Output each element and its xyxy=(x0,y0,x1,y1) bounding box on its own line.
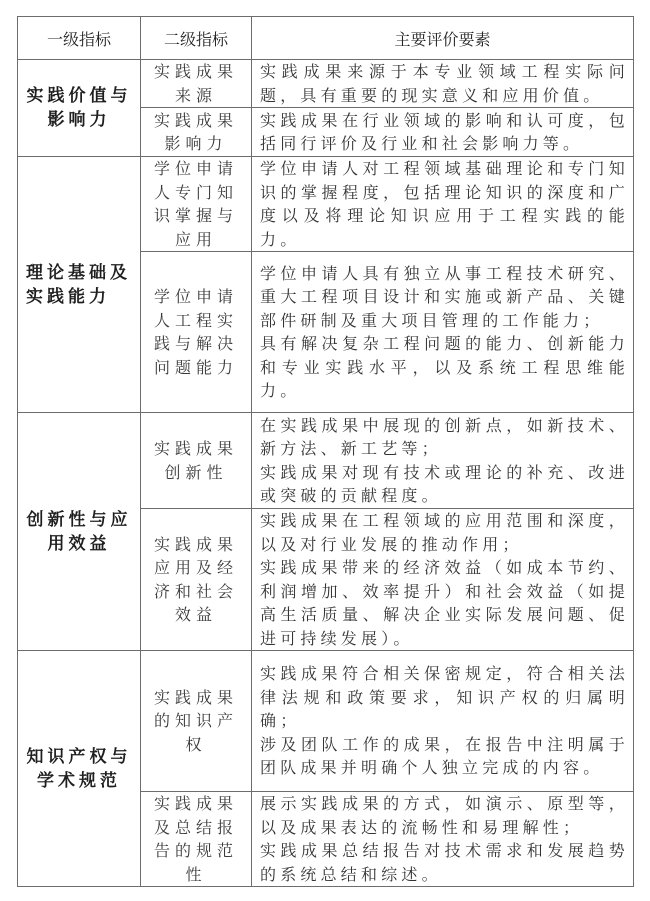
table-row: 实践价值与影响力 实践成果来源 实践成果来源于本专业领域工程实际问题，具有重要的… xyxy=(18,60,634,108)
element-text: 具有解决复杂工程问题的能力、创新能力和专业实践水平，以及系统工程思维能力。 xyxy=(260,332,629,403)
elements-cell: 实践成果在行业领域的影响和认可度，包括同行评价及行业和社会影响力等。 xyxy=(252,108,634,157)
elements-cell: 实践成果符合相关保密规定，符合相关法律法规和政策要求，知识产权的归属明确； 涉及… xyxy=(252,651,634,792)
elements-cell: 实践成果来源于本专业领域工程实际问题，具有重要的现实意义和应用价值。 xyxy=(252,60,634,108)
element-text: 学位申请人对工程领域基础理论和专门知识的掌握程度，包括理论知识的深度和广度以及将… xyxy=(260,157,629,251)
level1-cell: 知识产权与学术规范 xyxy=(18,651,141,887)
elements-cell: 学位申请人具有独立从事工程技术研究、重大工程项目设计和实施或新产品、关键部件研制… xyxy=(252,252,634,413)
level2-cell: 实践成果来源 xyxy=(141,60,252,108)
element-text: 实践成果对现有技术或理论的补充、改进或突破的贡献程度。 xyxy=(260,461,629,508)
level1-cell: 理论基础及实践能力 xyxy=(18,157,141,413)
table-row: 创新性与应用效益 实践成果创新性 在实践成果中展现的创新点，如新技术、新方法、新… xyxy=(18,413,634,509)
element-text: 在实践成果中展现的创新点，如新技术、新方法、新工艺等； xyxy=(260,414,629,461)
level2-cell: 学位申请人工程实践与解决问题能力 xyxy=(141,252,252,413)
table-row: 理论基础及实践能力 学位申请人专门知识掌握与应用 学位申请人对工程领域基础理论和… xyxy=(18,157,634,252)
elements-cell: 展示实践成果的方式，如演示、原型等，以及成果表达的流畅性和易理解性； 实践成果总… xyxy=(252,792,634,887)
element-text: 展示实践成果的方式，如演示、原型等，以及成果表达的流畅性和易理解性； xyxy=(260,792,629,839)
level2-cell: 实践成果影响力 xyxy=(141,108,252,157)
level1-cell: 创新性与应用效益 xyxy=(18,413,141,651)
header-row: 一级指标 二级指标 主要评价要素 xyxy=(18,17,634,60)
element-text: 实践成果带来的经济效益（如成本节约、利润增加、效率提升）和社会效益（如提高生活质… xyxy=(260,556,629,650)
element-text: 涉及团队工作的成果，在报告中注明属于团队成果并明确个人独立完成的内容。 xyxy=(260,733,629,780)
level2-cell: 实践成果应用及经济和社会效益 xyxy=(141,509,252,651)
header-level1: 一级指标 xyxy=(18,17,141,60)
level2-cell: 实践成果的知识产权 xyxy=(141,651,252,792)
evaluation-criteria-table: 一级指标 二级指标 主要评价要素 实践价值与影响力 实践成果来源 实践成果来源于… xyxy=(17,16,634,887)
element-text: 实践成果在行业领域的影响和认可度，包括同行评价及行业和社会影响力等。 xyxy=(260,109,629,156)
level2-cell: 实践成果创新性 xyxy=(141,413,252,509)
element-text: 实践成果在工程领域的应用范围和深度，以及对行业发展的推动作用； xyxy=(260,509,629,556)
element-text: 实践成果来源于本专业领域工程实际问题，具有重要的现实意义和应用价值。 xyxy=(260,60,629,107)
elements-cell: 在实践成果中展现的创新点，如新技术、新方法、新工艺等； 实践成果对现有技术或理论… xyxy=(252,413,634,509)
level2-cell: 学位申请人专门知识掌握与应用 xyxy=(141,157,252,252)
header-elements: 主要评价要素 xyxy=(252,17,634,60)
elements-cell: 学位申请人对工程领域基础理论和专门知识的掌握程度，包括理论知识的深度和广度以及将… xyxy=(252,157,634,252)
level1-cell: 实践价值与影响力 xyxy=(18,60,141,157)
table-row: 知识产权与学术规范 实践成果的知识产权 实践成果符合相关保密规定，符合相关法律法… xyxy=(18,651,634,792)
element-text: 学位申请人具有独立从事工程技术研究、重大工程项目设计和实施或新产品、关键部件研制… xyxy=(260,262,629,333)
element-text: 实践成果总结报告对技术需求和发展趋势的系统总结和综述。 xyxy=(260,839,629,886)
header-level2: 二级指标 xyxy=(141,17,252,60)
element-text: 实践成果符合相关保密规定，符合相关法律法规和政策要求，知识产权的归属明确； xyxy=(260,662,629,733)
elements-cell: 实践成果在工程领域的应用范围和深度，以及对行业发展的推动作用； 实践成果带来的经… xyxy=(252,509,634,651)
level2-cell: 实践成果及总结报告的规范性 xyxy=(141,792,252,887)
